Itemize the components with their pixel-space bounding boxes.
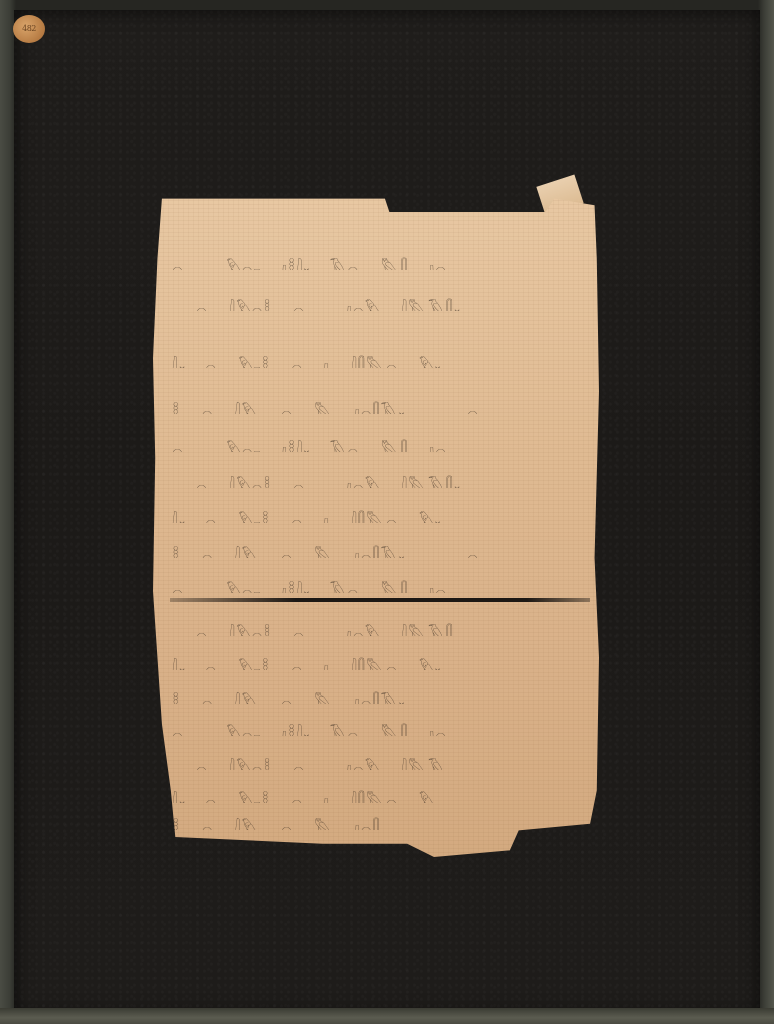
papyrus-crack [170,598,590,602]
text-line: 𓎛𓈖𓏏𓂋𓇋𓅱𓊃𓏏𓈖𓅓𓂝𓏏𓋴𓄿𓆑𓂋𓈖𓏏 [172,396,582,414]
text-line: 𓇋𓆑𓏏𓂋𓅱𓊪𓎛𓈖𓏏𓂝𓈖𓇋𓋴𓅓𓏏𓂋𓅱𓆑 [172,350,582,368]
text-line: 𓎛𓈖𓏏𓂋𓇋𓅱𓊃𓏏𓈖𓅓𓂝𓏏𓋴𓄿𓆑𓂋𓈖 [172,686,582,704]
text-line: 𓊃𓏏𓈖𓇋𓅱𓏏𓎛𓈖𓏏𓈖𓂝𓏏𓅱𓂋𓇋𓅓𓄿 [172,752,582,770]
text-line: 𓇋𓆑𓏏𓂋𓅱𓊪𓎛𓈖𓏏𓂝𓈖𓇋𓋴𓅓𓏏𓂋𓅱𓆑𓊃 [172,505,582,523]
text-line: 𓏏𓂋𓈖𓅱𓏏𓊪𓂝𓎛𓇋𓆑𓄿𓏏𓈖𓅓𓋴𓂝𓏏𓂋 [172,434,582,452]
text-line: 𓏏𓂋𓈖𓅱𓏏𓊪𓂝𓎛𓇋𓆑𓄿𓏏𓈖𓅓𓋴𓂝𓏏𓂋 [172,718,582,736]
text-line: 𓊃𓏏𓈖𓇋𓅱𓏏𓎛𓈖𓏏𓈖𓂝𓏏𓅱𓂋𓇋𓅓𓄿𓋴𓆑 [172,470,582,488]
text-line: 𓊃𓏏𓈖𓇋𓅱𓏏𓎛𓈖𓏏𓈖𓂝𓏏𓅱𓂋𓇋𓅓𓄿𓋴𓆑𓊃 [172,293,582,311]
inventory-sticker: 482 [13,15,45,43]
text-line: 𓏏𓂋𓈖𓅱𓏏𓊪𓂝𓎛𓇋𓆑𓄿𓏏𓈖𓅓𓋴𓂝𓏏 [172,575,582,593]
text-line: 𓎛𓈖𓏏𓂋𓇋𓅱𓊃𓏏𓈖𓅓𓂝𓏏𓋴 [172,812,572,830]
text-line: 𓏏𓂋𓈖𓅱𓏏𓊪𓂝𓎛𓇋𓆑𓄿𓏏𓈖𓅓𓋴𓂝𓏏𓂋 [172,252,582,270]
frame-bottom-edge [0,1008,774,1024]
text-line: 𓇋𓆑𓏏𓂋𓅱𓊪𓎛𓈖𓏏𓂝𓈖𓇋𓋴𓅓𓏏𓂋𓅱 [172,785,582,803]
text-line: 𓎛𓈖𓏏𓂋𓇋𓅱𓊃𓏏𓈖𓅓𓂝𓏏𓋴𓄿𓆑𓂋𓈖𓏏 [172,540,582,558]
text-line: 𓇋𓆑𓏏𓂋𓅱𓊪𓎛𓈖𓏏𓂝𓈖𓇋𓋴𓅓𓏏𓂋𓅱𓆑 [172,652,582,670]
text-line: 𓊃𓏏𓈖𓇋𓅱𓏏𓎛𓈖𓏏𓈖𓂝𓏏𓅱𓂋𓇋𓅓𓄿𓋴 [172,618,582,636]
